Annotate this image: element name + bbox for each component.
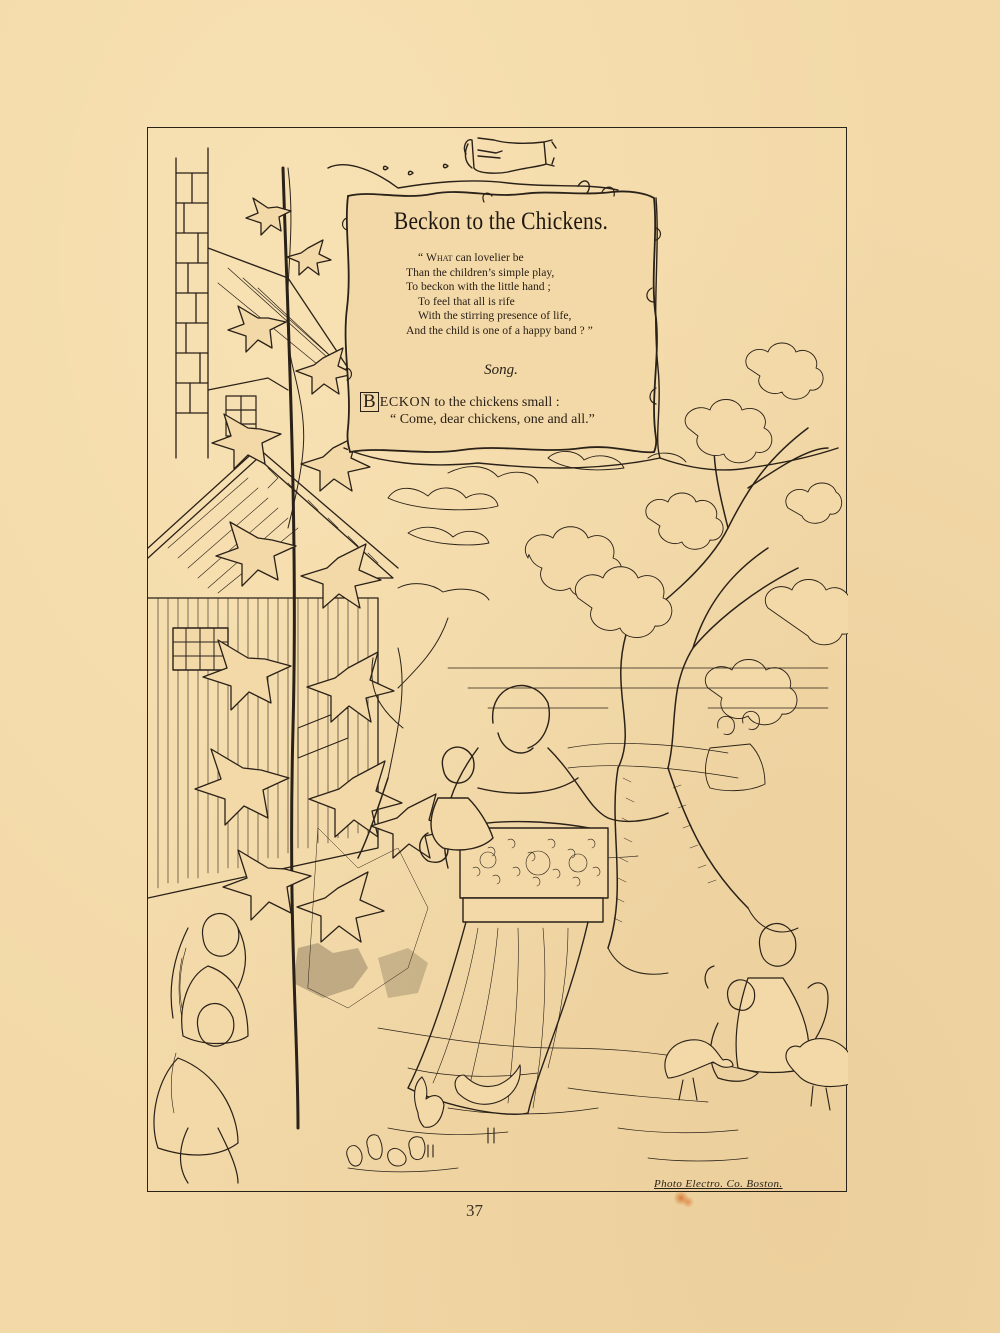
children-left [154, 914, 248, 1183]
epigraph-verse: “ What can lovelier be Than the children… [406, 251, 593, 339]
verse-line-6: And the child is one of a happy band ? ” [406, 324, 593, 339]
verse-quote-open: “ [418, 251, 426, 264]
verse-line-1: “ What can lovelier be [406, 251, 593, 266]
verse-text: can lovelier be [453, 251, 524, 264]
verse-line-5: With the stirring presence of life, [406, 309, 593, 324]
song-line-2: “ Come, dear chickens, one and all.” [360, 411, 595, 428]
song-verse: BECKON to the chickens small : “ Come, d… [360, 391, 595, 428]
pointing-hand-icon [464, 138, 556, 173]
chicks [347, 1135, 425, 1166]
poem-title: Beckon to the Chickens. [369, 208, 632, 236]
verse-line-3: To beckon with the little hand ; [406, 280, 593, 295]
drop-cap: B [360, 392, 379, 412]
poem-box: Beckon to the Chickens. “ What can lovel… [348, 194, 654, 451]
song-line-1-text: to the chickens small : [431, 395, 560, 410]
song-caps: ECKON [380, 395, 431, 410]
children-right [705, 711, 828, 1081]
song-line-1: BECKON to the chickens small : [360, 391, 595, 411]
song-heading: Song. [348, 362, 654, 379]
book-page: Beckon to the Chickens. “ What can lovel… [0, 0, 1000, 1333]
stain-mark [682, 1196, 694, 1208]
woman-with-baby [408, 686, 668, 1115]
brick-chimney [176, 148, 348, 458]
illustration-frame: Beckon to the Chickens. “ What can lovel… [147, 127, 847, 1192]
verse-line-4: To feel that all is rife [406, 295, 593, 310]
page-number: 37 [466, 1201, 483, 1221]
verse-smallcaps: What [426, 251, 453, 264]
photo-credit: Photo Electro. Co. Boston. [654, 1178, 783, 1190]
verse-line-2: Than the children’s simple play, [406, 266, 593, 281]
